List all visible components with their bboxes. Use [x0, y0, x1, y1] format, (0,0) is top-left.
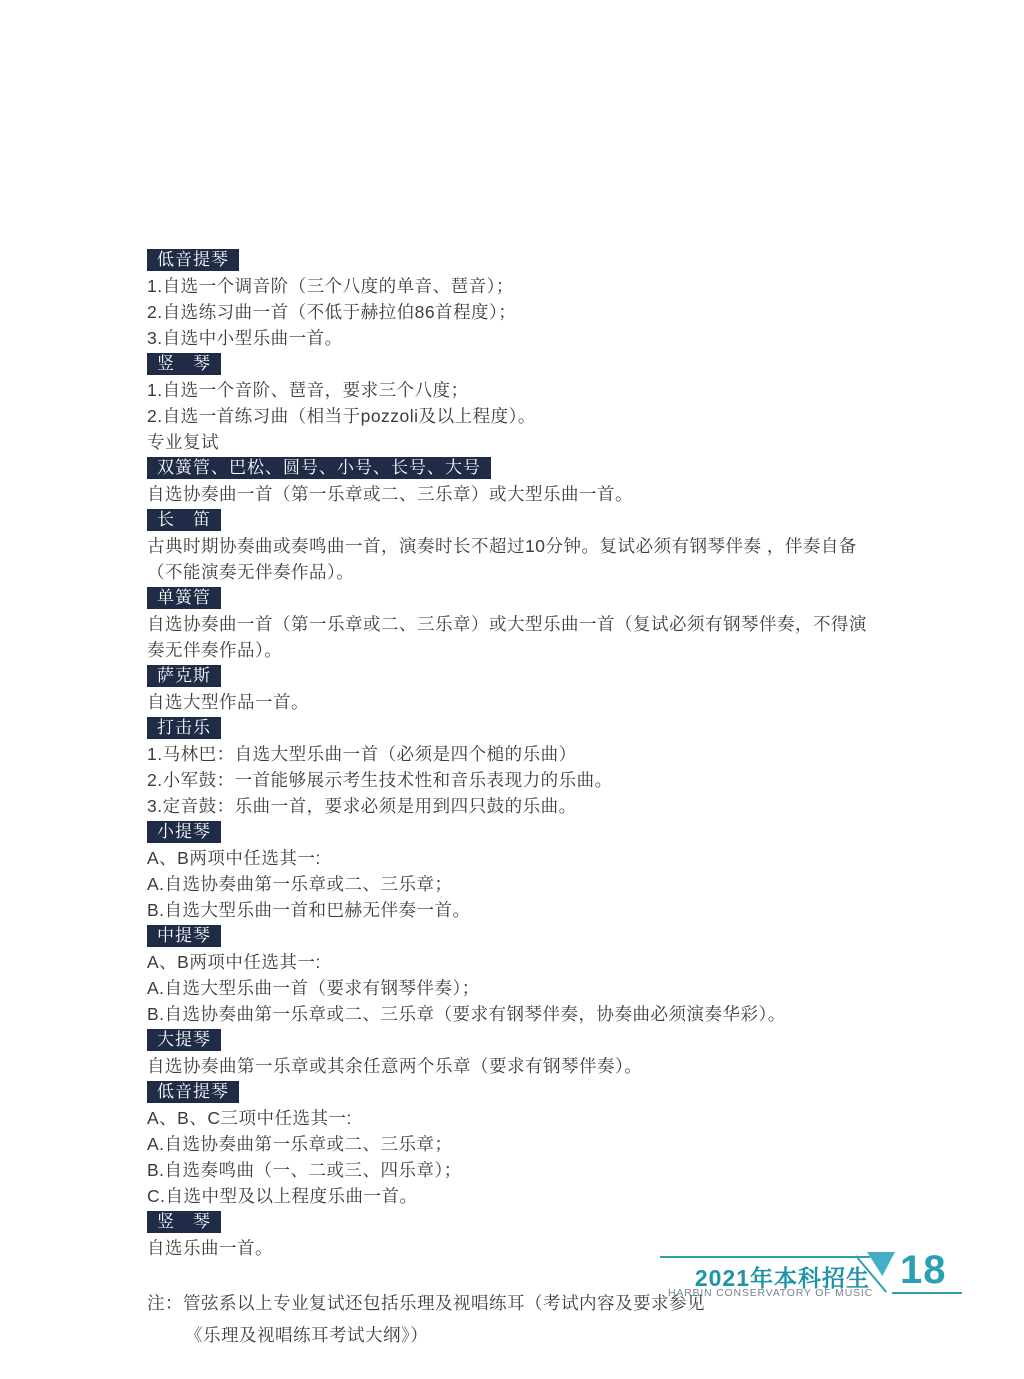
- requirements-list: 低音提琴 1.自选一个调音阶（三个八度的单音、琶音）； 2.自选练习曲一首（不低…: [147, 247, 884, 1351]
- requirement-line: 1.自选一个音阶、琶音，要求三个八度；: [147, 377, 884, 403]
- requirement-line: B.自选奏鸣曲（一、二或三、四乐章）；: [147, 1157, 884, 1183]
- instrument-badge: 萨克斯: [147, 665, 221, 687]
- requirement-line: 2.小军鼓：一首能够展示考生技术性和音乐表现力的乐曲。: [147, 767, 884, 793]
- subsection-title: 专业复试: [147, 429, 884, 455]
- instrument-badge: 竖 琴: [147, 353, 221, 375]
- instrument-badge: 低音提琴: [147, 1081, 239, 1103]
- instrument-badge: 单簧管: [147, 587, 221, 609]
- requirement-line: A、B两项中任选其一:: [147, 845, 884, 871]
- requirement-line: A.自选大型乐曲一首（要求有钢琴伴奏）；: [147, 975, 884, 1001]
- requirement-line: 1.马林巴：自选大型乐曲一首（必须是四个槌的乐曲）: [147, 741, 884, 767]
- requirement-line: 2.自选一首练习曲（相当于pozzoli及以上程度）。: [147, 403, 884, 429]
- requirement-line: B.自选大型乐曲一首和巴赫无伴奏一首。: [147, 897, 884, 923]
- requirement-line: A.自选协奏曲第一乐章或二、三乐章；: [147, 1131, 884, 1157]
- instrument-badge: 中提琴: [147, 925, 221, 947]
- page-number: 18: [900, 1248, 960, 1293]
- requirement-line: B.自选协奏曲第一乐章或二、三乐章（要求有钢琴伴奏，协奏曲必须演奏华彩）。: [147, 1001, 884, 1027]
- requirement-line: C.自选中型及以上程度乐曲一首。: [147, 1183, 884, 1209]
- instrument-badge: 低音提琴: [147, 249, 239, 271]
- requirement-line: A、B、C三项中任选其一:: [147, 1105, 884, 1131]
- instrument-badge: 大提琴: [147, 1029, 221, 1051]
- note-line: 《乐理及视唱练耳考试大纲》）: [147, 1319, 884, 1351]
- instrument-badge: 竖 琴: [147, 1211, 221, 1233]
- instrument-badge: 双簧管、巴松、圆号、小号、长号、大号: [147, 457, 491, 479]
- instrument-badge: 长 笛: [147, 509, 221, 531]
- requirement-line: 3.定音鼓：乐曲一首，要求必须是用到四只鼓的乐曲。: [147, 793, 884, 819]
- requirement-line: 自选协奏曲一首（第一乐章或二、三乐章）或大型乐曲一首（复试必须有钢琴伴奏，不得演…: [147, 611, 884, 663]
- footer-top-rule: [660, 1256, 870, 1258]
- instrument-badge: 小提琴: [147, 821, 221, 843]
- requirement-line: 自选协奏曲一首（第一乐章或二、三乐章）或大型乐曲一首。: [147, 481, 884, 507]
- requirement-line: A、B两项中任选其一:: [147, 949, 884, 975]
- requirement-line: 3.自选中小型乐曲一首。: [147, 325, 884, 351]
- page-footer: 2021年本科招生 HARBIN CONSERVATORY OF MUSIC 1…: [655, 1246, 975, 1306]
- requirement-line: 自选协奏曲第一乐章或其余任意两个乐章（要求有钢琴伴奏）。: [147, 1053, 884, 1079]
- requirement-line: A.自选协奏曲第一乐章或二、三乐章；: [147, 871, 884, 897]
- requirement-line: 自选大型作品一首。: [147, 689, 884, 715]
- requirement-line: 古典时期协奏曲或奏鸣曲一首，演奏时长不超过10分钟。复试必须有钢琴伴奏 ，伴奏自…: [147, 533, 884, 585]
- instrument-badge: 打击乐: [147, 717, 221, 739]
- footer-subtitle: HARBIN CONSERVATORY OF MUSIC: [655, 1287, 873, 1299]
- requirement-line: 2.自选练习曲一首（不低于赫拉伯86首程度）；: [147, 299, 884, 325]
- requirement-line: 1.自选一个调音阶（三个八度的单音、琶音）；: [147, 273, 884, 299]
